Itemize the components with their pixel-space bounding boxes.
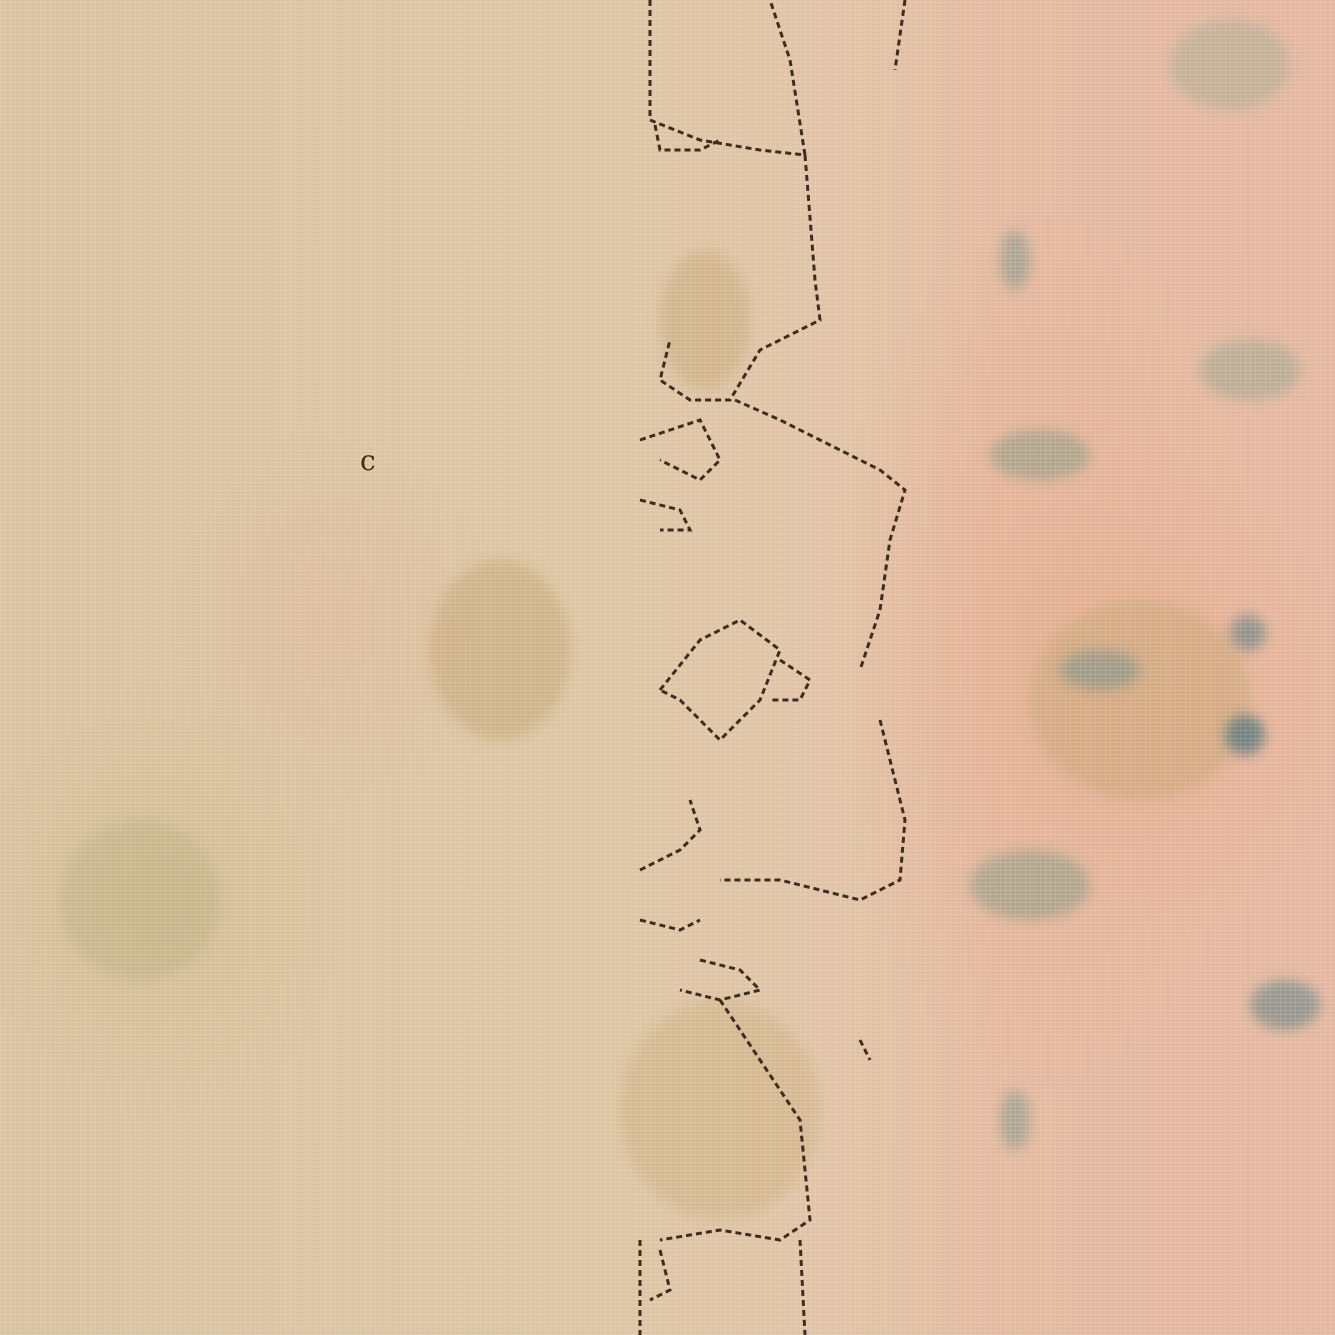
outline-motif: c [0,0,1335,1335]
stray-mark: c [360,444,376,477]
rug-photo: c [0,0,1335,1335]
